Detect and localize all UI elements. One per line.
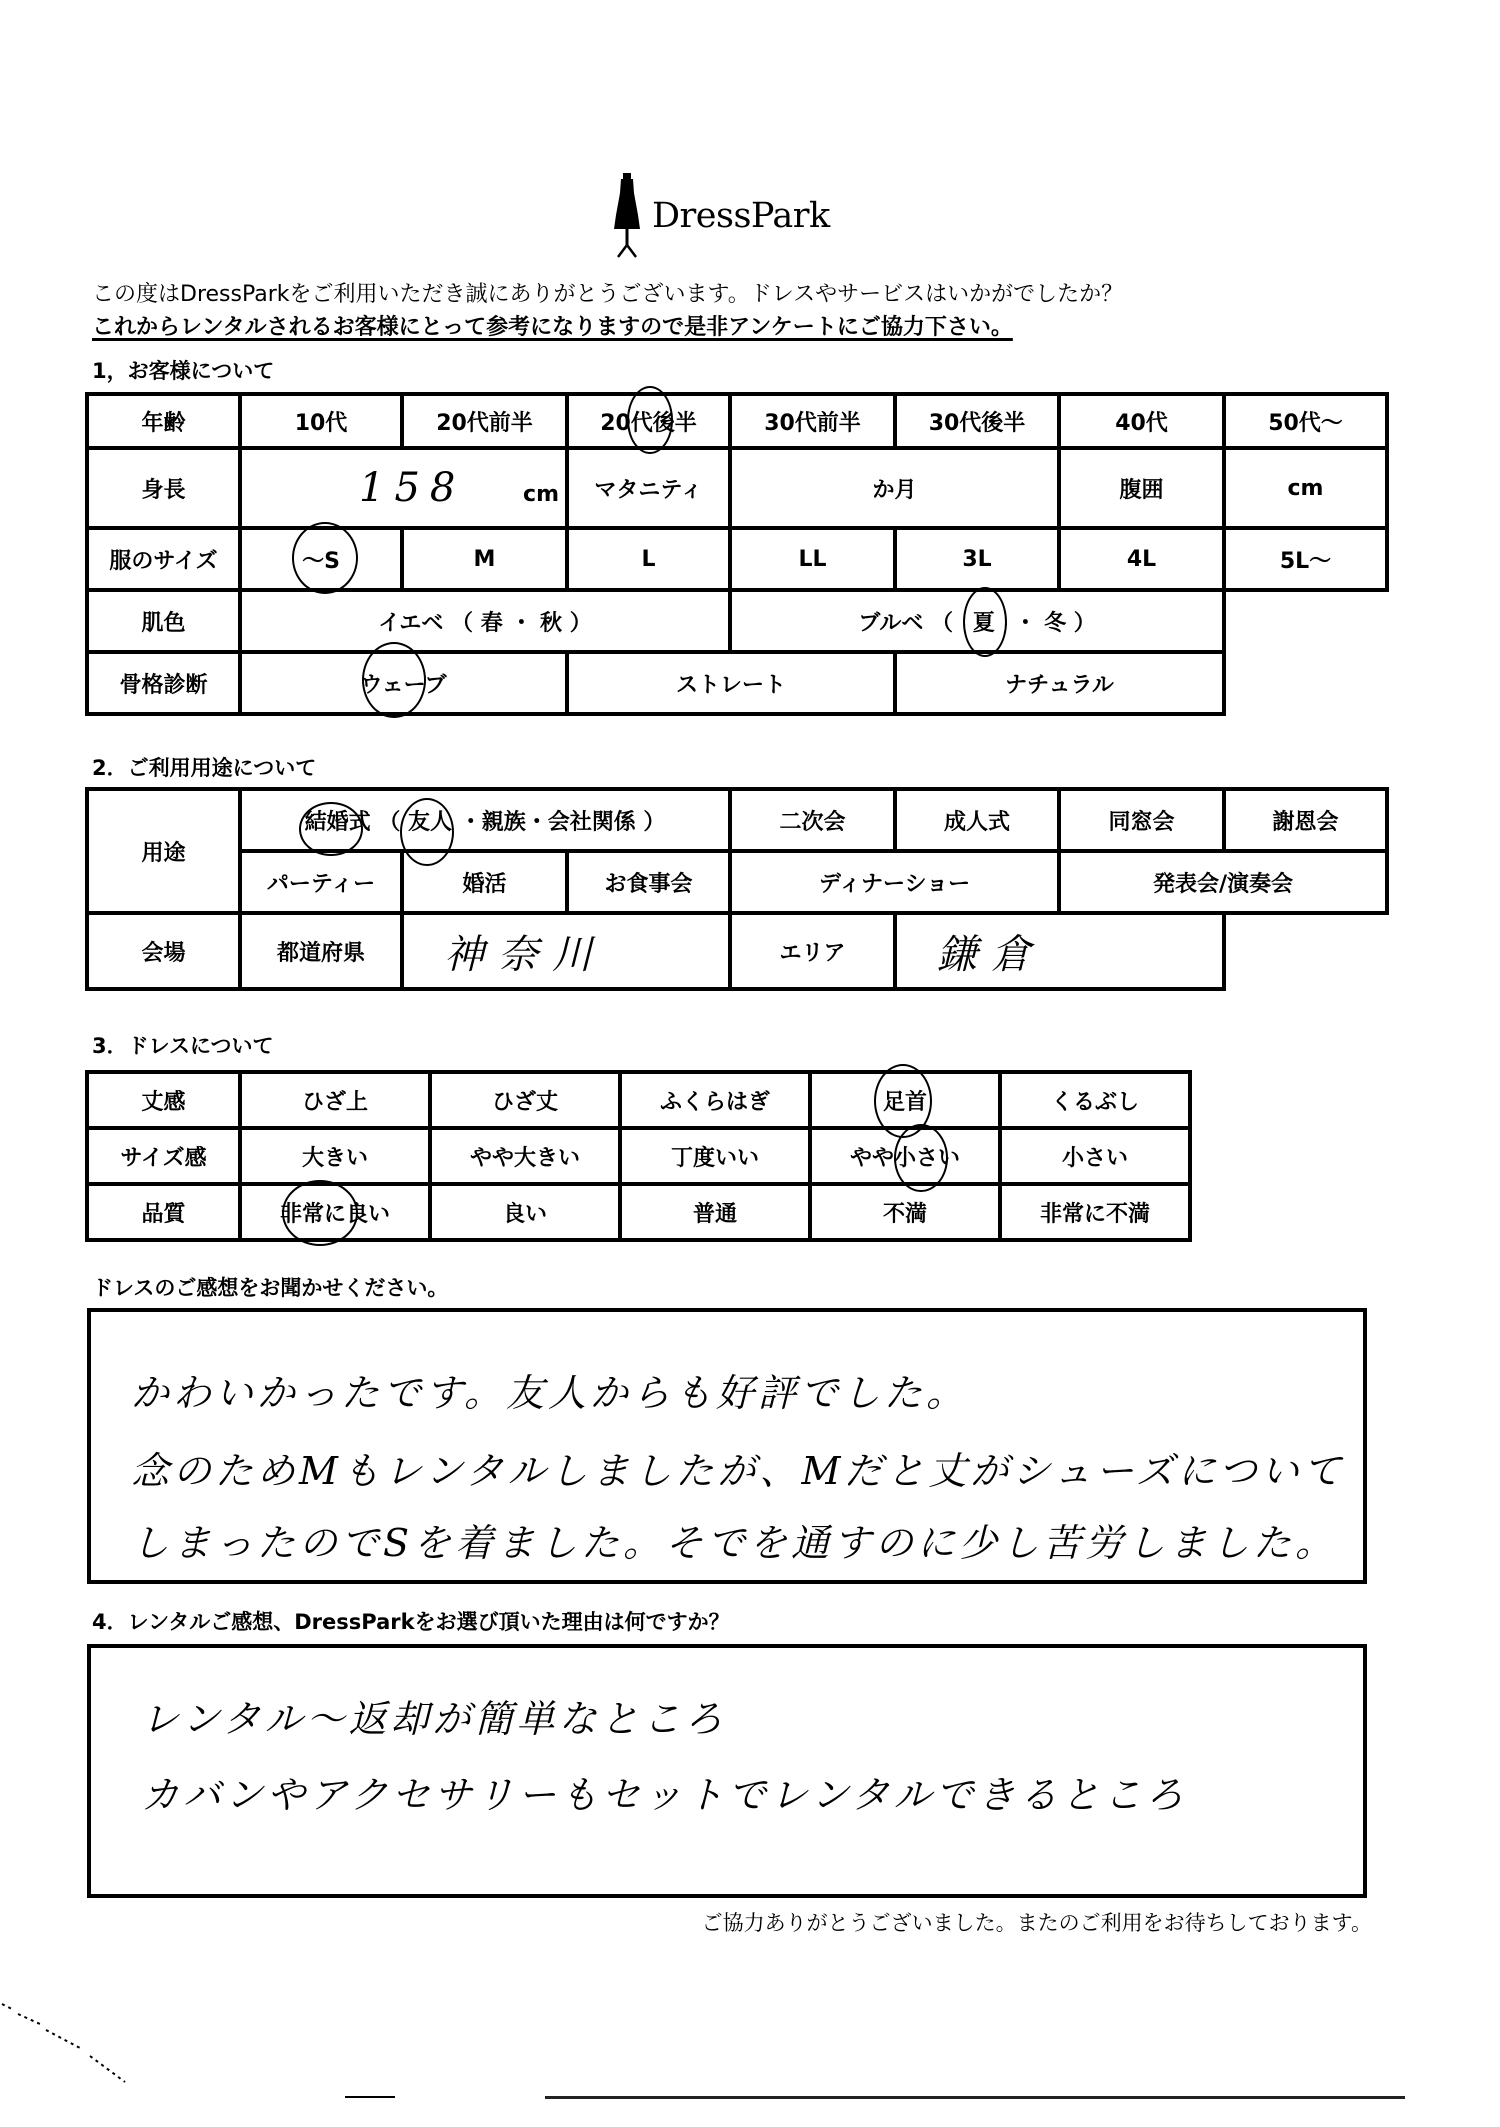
prefecture-label: 都道府県 — [240, 913, 402, 989]
frame-row: 骨格診断 ウェーブ ストレート ナチュラル — [87, 652, 1387, 714]
height-label: 身長 — [87, 448, 240, 528]
answer-line: カバンやアクセサリーもセットでレンタルできるところ — [141, 1764, 1187, 1819]
wedding-friend-selected: 友人 — [408, 810, 452, 835]
prefecture-field[interactable]: 神奈川 — [402, 913, 730, 989]
comment-line: しまったのでSを着ました。そでを通すのに少し苦労しました。 — [131, 1512, 1337, 1567]
length-row: 丈感 ひざ上 ひざ丈 ふくらはぎ 足首 くるぶし — [87, 1072, 1190, 1128]
age-label: 年齢 — [87, 394, 240, 448]
age-option[interactable]: 30代後半 — [895, 394, 1059, 448]
purpose-label: 用途 — [87, 789, 240, 913]
waist-unit: cm — [1288, 476, 1324, 501]
frame-option[interactable]: ナチュラル — [895, 652, 1224, 714]
scan-line — [545, 2096, 1405, 2099]
dress-comment-box[interactable]: かわいかったです。友人からも好評でした。 念のためMもレンタルしましたが、Mだと… — [87, 1308, 1367, 1584]
size-option[interactable]: 4L — [1059, 528, 1224, 590]
reason-answer-box[interactable]: レンタル～返却が簡単なところ カバンやアクセサリーもセットでレンタルできるところ — [87, 1644, 1367, 1898]
age-option[interactable]: 50代～ — [1224, 394, 1387, 448]
skin-yellow-option[interactable]: イエベ （ 春 ・ 秋 ） — [240, 590, 730, 652]
fit-option-selected[interactable]: やや小さい — [810, 1128, 1000, 1184]
purpose-option[interactable]: ディナーショー — [730, 851, 1059, 913]
purpose-option[interactable]: 同窓会 — [1059, 789, 1224, 851]
maternity-months-field[interactable]: か月 — [730, 448, 1059, 528]
age-option[interactable]: 30代前半 — [730, 394, 895, 448]
purpose-table: 用途 結婚式 （ 友人 ・親族・会社関係 ） 二次会 成人式 同窓会 謝恩会 パ… — [85, 787, 1389, 991]
age-option[interactable]: 20代前半 — [402, 394, 567, 448]
purpose-option[interactable]: 発表会/演奏会 — [1059, 851, 1387, 913]
length-option[interactable]: くるぶし — [1000, 1072, 1190, 1128]
height-value: 158 — [359, 465, 465, 511]
frame-option[interactable]: ストレート — [567, 652, 895, 714]
height-row: 身長 158 cm マタニティ か月 腹囲 cm — [87, 448, 1387, 528]
waist-label: 腹囲 — [1059, 448, 1224, 528]
size-option[interactable]: L — [567, 528, 730, 590]
frame-option-selected[interactable]: ウェーブ — [240, 652, 567, 714]
purpose-wedding-option[interactable]: 結婚式 （ 友人 ・親族・会社関係 ） — [240, 789, 730, 851]
purpose-option[interactable]: 二次会 — [730, 789, 895, 851]
intro-request: これからレンタルされるお客様にとって参考になりますので是非アンケートにご協力下さ… — [92, 310, 1013, 341]
purpose-option[interactable]: 成人式 — [895, 789, 1059, 851]
comment-line: 念のためMもレンタルしましたが、Mだと丈がシューズについて — [131, 1440, 1345, 1495]
fit-option[interactable]: 大きい — [240, 1128, 430, 1184]
venue-label: 会場 — [87, 913, 240, 989]
brand-logo: DressPark — [612, 170, 852, 262]
quality-option[interactable]: 不満 — [810, 1184, 1000, 1240]
age-option-selected[interactable]: 20代後半 — [567, 394, 730, 448]
brand-name: DressPark — [652, 196, 830, 236]
length-option-selected[interactable]: 足首 — [810, 1072, 1000, 1128]
fit-option[interactable]: 小さい — [1000, 1128, 1190, 1184]
length-option[interactable]: ふくらはぎ — [620, 1072, 810, 1128]
wedding-selected: 結婚式 — [305, 810, 371, 835]
purpose-option[interactable]: お食事会 — [567, 851, 730, 913]
length-option[interactable]: ひざ丈 — [430, 1072, 620, 1128]
quality-option[interactable]: 普通 — [620, 1184, 810, 1240]
quality-option[interactable]: 非常に不満 — [1000, 1184, 1190, 1240]
size-option-selected[interactable]: ～S — [240, 528, 402, 590]
fit-label: サイズ感 — [87, 1128, 240, 1184]
skin-blue-option[interactable]: ブルベ （ 夏 ・ 冬 ） — [730, 590, 1224, 652]
skin-summer-selected: 夏 — [973, 611, 995, 636]
quality-label: 品質 — [87, 1184, 240, 1240]
fit-option[interactable]: 丁度いい — [620, 1128, 810, 1184]
size-label: 服のサイズ — [87, 528, 240, 590]
answer-line: レンタル～返却が簡単なところ — [141, 1688, 727, 1743]
area-field[interactable]: 鎌倉 — [895, 913, 1224, 989]
months-unit: か月 — [872, 478, 916, 503]
dress-table: 丈感 ひざ上 ひざ丈 ふくらはぎ 足首 くるぶし サイズ感 大きい やや大きい … — [85, 1070, 1192, 1242]
purpose-option[interactable]: 婚活 — [402, 851, 567, 913]
length-label: 丈感 — [87, 1072, 240, 1128]
customer-table: 年齢 10代 20代前半 20代後半 30代前半 30代後半 40代 50代～ … — [85, 392, 1389, 716]
dress-comment-prompt: ドレスのご感想をお聞かせください。 — [92, 1272, 448, 1302]
section4-title: 4．レンタルご感想、DressParkをお選び頂いた理由は何ですか？ — [92, 1606, 730, 1636]
age-option[interactable]: 40代 — [1059, 394, 1224, 448]
age-row: 年齢 10代 20代前半 20代後半 30代前半 30代後半 40代 50代～ — [87, 394, 1387, 448]
height-unit: cm — [523, 482, 559, 507]
section3-title: 3．ドレスについて — [92, 1030, 274, 1060]
section2-title: 2．ご利用用途について — [92, 752, 316, 782]
dress-form-icon — [612, 173, 642, 259]
footer-thanks: ご協力ありがとうございました。またのご利用をお待ちしております。 — [702, 1907, 1372, 1937]
age-option[interactable]: 10代 — [240, 394, 402, 448]
size-option[interactable]: 5L～ — [1224, 528, 1387, 590]
area-value: 鎌倉 — [937, 932, 1045, 978]
intro-text: この度はDressParkをご利用いただき誠にありがとうございます。ドレスやサー… — [92, 277, 1123, 308]
prefecture-value: 神奈川 — [444, 932, 606, 978]
length-option[interactable]: ひざ上 — [240, 1072, 430, 1128]
size-option[interactable]: 3L — [895, 528, 1059, 590]
fit-option[interactable]: やや大きい — [430, 1128, 620, 1184]
scan-line — [345, 2096, 395, 2098]
skin-row: 肌色 イエベ （ 春 ・ 秋 ） ブルベ （ 夏 ・ 冬 ） — [87, 590, 1387, 652]
maternity-label: マタニティ — [567, 448, 730, 528]
size-row: 服のサイズ ～S M L LL 3L 4L 5L～ — [87, 528, 1387, 590]
comment-line: かわいかったです。友人からも好評でした。 — [131, 1362, 968, 1417]
skin-label: 肌色 — [87, 590, 240, 652]
quality-option-selected[interactable]: 非常に良い — [240, 1184, 430, 1240]
purpose-option[interactable]: 謝恩会 — [1224, 789, 1387, 851]
height-field[interactable]: 158 cm — [240, 448, 567, 528]
scan-mark-icon — [0, 2000, 140, 2090]
fit-row: サイズ感 大きい やや大きい 丁度いい やや小さい 小さい — [87, 1128, 1190, 1184]
section1-title: 1，お客様について — [92, 355, 274, 385]
quality-row: 品質 非常に良い 良い 普通 不満 非常に不満 — [87, 1184, 1190, 1240]
area-label: エリア — [730, 913, 895, 989]
purpose-option[interactable]: パーティー — [240, 851, 402, 913]
size-option[interactable]: LL — [730, 528, 895, 590]
frame-label: 骨格診断 — [87, 652, 240, 714]
waist-field[interactable]: cm — [1224, 448, 1387, 528]
size-option[interactable]: M — [402, 528, 567, 590]
quality-option[interactable]: 良い — [430, 1184, 620, 1240]
